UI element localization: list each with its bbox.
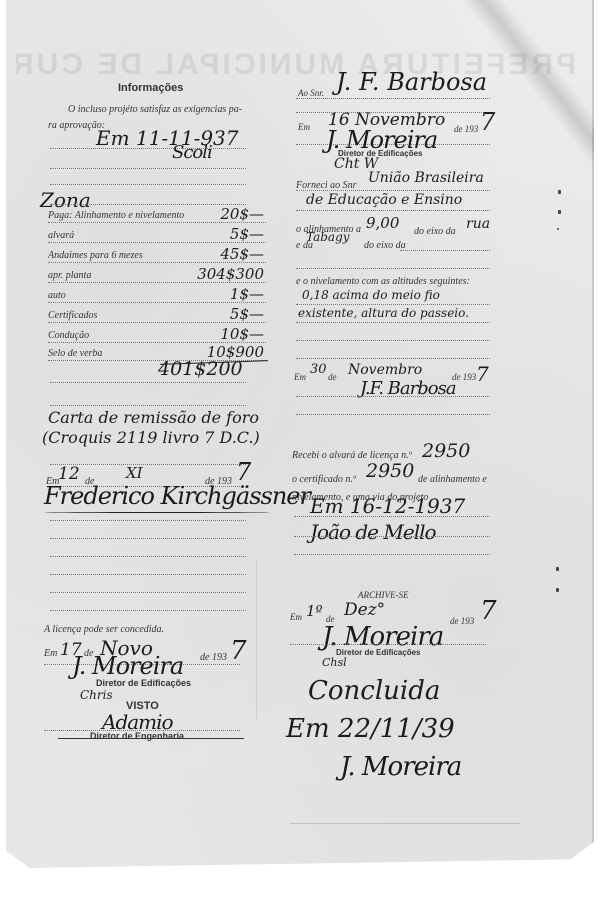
completion-signature: J. Moreira — [340, 752, 461, 782]
certificate-suffix: de alinhamento e — [418, 474, 487, 485]
remission-note-line1: Carta de remissão de foro — [48, 408, 259, 427]
leveling-year-digit: 7 — [476, 362, 489, 386]
faint-flourish — [290, 823, 520, 824]
fee-label: alvará — [48, 230, 74, 241]
fees-total: 401$200 — [158, 358, 243, 380]
remission-signature: Frederico Kirchgässner — [44, 482, 310, 510]
bleed-through-heading: PREFEITURA MUNICIPAL DE CURITIBA — [16, 48, 576, 88]
license-text: A licença pode ser concedida. — [44, 624, 164, 635]
archive-day: 1º — [306, 602, 323, 620]
fee-value: 20$— — [220, 205, 264, 223]
approval-signature: Scoli — [172, 142, 212, 163]
fee-label: Selo de verba — [48, 348, 102, 359]
dotted-line — [296, 268, 490, 269]
alignment-street: rua — [466, 216, 490, 232]
leveling-date-prefix: Em — [294, 372, 306, 382]
leveling-day: 30 — [310, 362, 327, 377]
completion-date: Em 22/11/39 — [286, 714, 455, 744]
addressee-label: Ao Snr. — [298, 88, 324, 98]
visto-signer-title: Diretor de Engenharia — [90, 731, 184, 741]
dotted-line — [296, 304, 490, 305]
fee-label: apr. planta — [48, 270, 91, 281]
fee-row: alvará 5$— — [48, 227, 266, 243]
leveling-month: Novembro — [348, 362, 422, 378]
alignment-value: 9,00 — [366, 214, 399, 232]
intro-text-line1: O incluso projéto satisfaz as exigencias… — [68, 104, 242, 115]
ink-speck — [557, 228, 559, 230]
fee-row: Paga: Alinhamento e nivelamento 20$— — [48, 207, 266, 223]
leveling-de: de — [328, 372, 337, 382]
dotted-line — [296, 340, 490, 341]
dotted-line — [294, 516, 490, 517]
ink-speck — [556, 588, 559, 592]
license-initials: Chris — [80, 688, 113, 702]
ink-speck — [558, 210, 561, 214]
column-divider — [256, 560, 257, 720]
permit-number: 2950 — [422, 440, 470, 462]
license-signer-title: Diretor de Edificações — [96, 678, 191, 688]
ink-speck — [558, 190, 561, 194]
remission-note-line2: (Croquis 2119 livro 7 D.C.) — [42, 428, 260, 447]
dotted-line — [50, 592, 246, 593]
forward-date-prefix: Em — [298, 122, 310, 132]
dotted-line — [296, 414, 490, 415]
dotted-line — [50, 204, 246, 205]
fee-label: Certificados — [48, 310, 97, 321]
approval-date: Em 11-11-937 — [96, 126, 239, 150]
dotted-line — [294, 536, 490, 537]
dotted-line — [290, 644, 486, 645]
dotted-line — [296, 358, 490, 359]
ink-speck — [556, 567, 559, 571]
certificate-label: o certificado n.º — [292, 474, 356, 485]
forward-year-prefix: de 193 — [454, 124, 478, 134]
supplied-to-line2: de Educação e Ensino — [306, 192, 462, 208]
dotted-line — [50, 184, 246, 185]
dotted-line — [50, 405, 246, 406]
dotted-line — [296, 322, 490, 323]
dotted-line — [294, 554, 490, 555]
fee-row: auto 1$— — [48, 287, 266, 303]
fee-row: Andaimes para 6 mezes 45$— — [48, 247, 266, 263]
fee-value: 45$— — [220, 245, 264, 263]
fee-row: Certificados 5$— — [48, 307, 266, 323]
certificate-number: 2950 — [366, 460, 414, 482]
archive-date-prefix: Em — [290, 612, 302, 622]
fee-row: apr. planta 304$300 — [48, 267, 266, 283]
completion-note: Concluida — [308, 676, 440, 706]
archive-year-digit: 7 — [480, 596, 497, 626]
dotted-line — [296, 396, 490, 397]
dotted-line — [296, 190, 490, 191]
license-year-prefix: de 193 — [200, 652, 227, 663]
dotted-line — [296, 210, 490, 211]
dotted-line — [50, 382, 246, 383]
dotted-line — [296, 98, 490, 99]
archive-month: Dez° — [344, 600, 385, 620]
addressee-name: J. F. Barbosa — [336, 68, 487, 96]
dotted-line — [50, 574, 246, 575]
fee-value: 304$300 — [197, 265, 264, 283]
license-signature: J. Moreira — [72, 652, 183, 680]
fee-row: Condução 10$— — [48, 327, 266, 343]
signature-flourish — [44, 512, 270, 513]
dotted-line — [50, 148, 246, 149]
fee-value: 1$— — [230, 285, 264, 303]
archive-signer-title: Diretor de Edificações — [336, 648, 420, 657]
receipt-signature: João de Mello — [310, 520, 436, 544]
leveling-line2: existente, altura do passeio. — [298, 306, 469, 320]
fee-label: Paga: Alinhamento e nivelamento — [48, 210, 184, 221]
second-street: Tabagy — [306, 230, 350, 244]
remission-month: XI — [126, 464, 143, 482]
fee-label: auto — [48, 290, 66, 301]
license-year-digit: 7 — [230, 636, 247, 666]
fee-value: 10$— — [220, 325, 264, 343]
supplied-to-line1: União Brasileira — [368, 170, 484, 186]
informacoes-title: Informações — [118, 82, 183, 94]
fee-label: Andaimes para 6 mezes — [48, 250, 143, 261]
leveling-line1: 0,18 acima do meio fio — [302, 288, 440, 302]
archive-year-prefix: de 193 — [450, 616, 474, 626]
dotted-line — [50, 520, 246, 521]
dotted-line — [50, 610, 246, 611]
fee-value: 5$— — [230, 305, 264, 323]
leveling-label: e o nivelamento com as altitudes seguint… — [296, 276, 470, 287]
archive-initials: Chsl — [322, 656, 347, 669]
dotted-line — [50, 556, 246, 557]
remission-day: 12 — [58, 464, 80, 484]
fee-label: Condução — [48, 330, 89, 341]
dotted-line — [50, 168, 246, 169]
dotted-line — [50, 538, 246, 539]
dotted-line — [400, 250, 490, 251]
alignment-axis-label: do eixo da — [414, 226, 456, 237]
receipt-date: Em 16-12-1937 — [310, 494, 465, 518]
forward-year-digit: 7 — [480, 108, 495, 136]
license-date-prefix: Em — [44, 648, 57, 659]
archive-label: ARCHIVE-SE — [358, 590, 408, 600]
fee-value: 5$— — [230, 225, 264, 243]
